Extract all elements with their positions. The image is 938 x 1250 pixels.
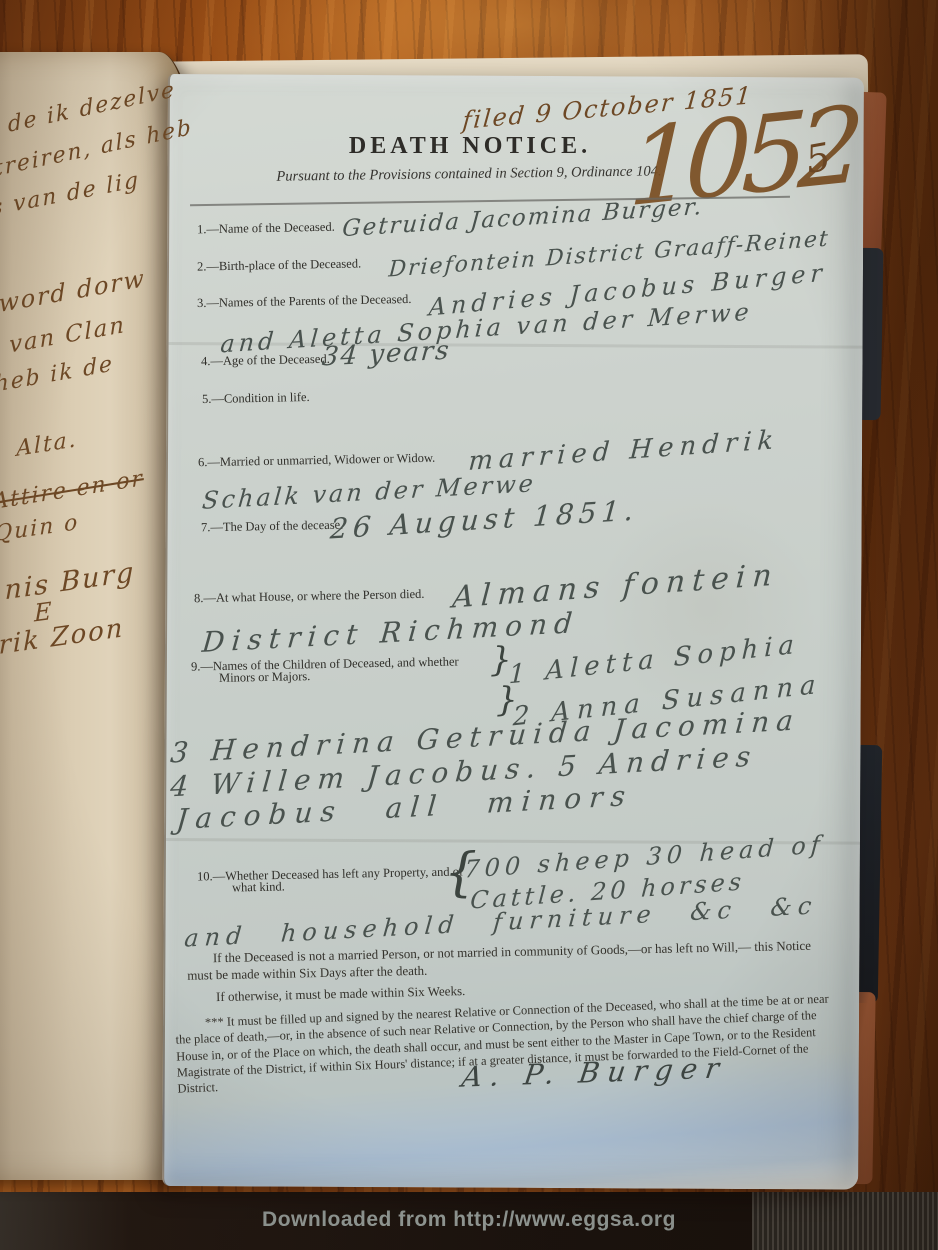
field-7-label: 7.—The Day of the decease. — [201, 518, 344, 536]
manuscript-fragment: Alta. — [16, 427, 78, 462]
field-9-label-line2: Minors or Majors. — [219, 669, 311, 686]
form-title: DEATH NOTICE. — [300, 133, 640, 160]
manuscript-fragment: Quin o — [0, 510, 79, 547]
field-4-value: 34 years — [321, 336, 452, 373]
field-8-value-line1: Almans fontein — [451, 557, 780, 615]
field-4-label: 4.—Age of the Deceased. — [201, 352, 330, 369]
field-8-value-line2: District Richmond — [201, 606, 581, 659]
field-6-value-line1: married Hendrik — [467, 425, 780, 477]
field-6-label: 6.—Married or unmarried, Widower or Wido… — [198, 451, 435, 471]
field-2-label: 2.—Birth-place of the Deceased. — [197, 256, 361, 274]
field-5-label: 5.—Condition in life. — [202, 390, 310, 407]
manuscript-fragment: rik Zoon — [0, 613, 124, 661]
manuscript-fragment: nis Burg — [5, 557, 136, 607]
field-3-label: 3.—Names of the Parents of the Deceased. — [197, 292, 412, 311]
field-10-label-line2: what kind. — [232, 879, 285, 895]
field-1-label: 1.—Name of the Deceased. — [197, 220, 335, 238]
manuscript-fragment-struck: Attire en or — [0, 466, 144, 515]
photo-scene: Downloaded from http://www.eggsa.org de … — [0, 0, 938, 1250]
field-8-label: 8.—At what House, or where the Person di… — [194, 587, 425, 606]
form-content-layer: de ik dezelve treiren, als heb s van de … — [0, 0, 938, 1250]
manuscript-fragment: heb ik de — [0, 351, 114, 397]
